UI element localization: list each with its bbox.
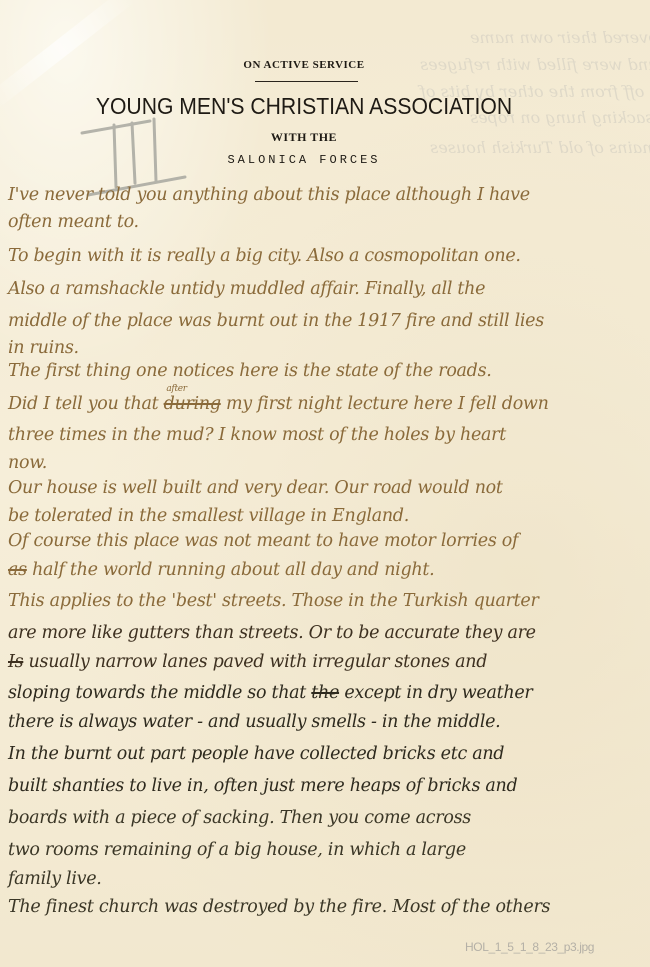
line-text-continued: except in dry weather — [339, 683, 532, 703]
letter-line: Did I tell you that duringafter my first… — [8, 394, 549, 414]
line-text: Also a ramshackle untidy muddled affair.… — [8, 279, 485, 299]
line-text: middle of the place was burnt out in the… — [8, 311, 544, 331]
letter-line: Also a ramshackle untidy muddled affair.… — [8, 279, 485, 299]
inserted-word: after — [166, 384, 186, 394]
line-text: To begin with it is really a big city. A… — [8, 246, 521, 266]
letter-line: In the burnt out part people have collec… — [8, 744, 504, 764]
line-text: This applies to the 'best' streets. Thos… — [8, 591, 539, 611]
letter-line: To begin with it is really a big city. A… — [8, 246, 521, 266]
line-text: boards with a piece of sacking. Then you… — [8, 808, 471, 828]
line-text: built shanties to live in, often just me… — [8, 776, 517, 796]
letter-line: in ruins. — [8, 338, 79, 358]
letter-line: Is usually narrow lanes paved with irreg… — [8, 652, 487, 672]
file-watermark: HOL_1_5_1_8_23_p3.jpg — [465, 940, 594, 954]
line-text: Did I tell you that — [8, 394, 158, 414]
line-text: The first thing one notices here is the … — [8, 361, 492, 381]
line-text-continued: my first night lecture here I fell down — [221, 394, 549, 414]
letter-line: The first thing one notices here is the … — [8, 361, 492, 381]
line-text: Of course this place was not meant to ha… — [8, 531, 518, 551]
letter-line: two rooms remaining of a big house, in w… — [8, 840, 466, 860]
letterhead-service: ON ACTIVE SERVICE — [0, 59, 608, 71]
letter-line: three times in the mud? I know most of t… — [8, 425, 506, 445]
line-text: three times in the mud? I know most of t… — [8, 425, 506, 445]
letter-line: are more like gutters than streets. Or t… — [8, 623, 536, 643]
line-text: I've never told you anything about this … — [8, 185, 530, 205]
line-text: in ruins. — [8, 338, 79, 358]
line-text: The finest church was destroyed by the f… — [8, 897, 550, 917]
letter-line: The finest church was destroyed by the f… — [8, 897, 550, 917]
letter-line: sloping towards the middle so that the e… — [8, 683, 532, 703]
line-text: be tolerated in the smallest village in … — [8, 506, 409, 526]
line-text: sloping towards the middle so that — [8, 683, 306, 703]
letterhead-rule — [255, 81, 358, 82]
struck-word: as — [8, 560, 27, 580]
line-text: usually narrow lanes paved with irregula… — [23, 652, 487, 672]
struck-word: the — [311, 683, 339, 703]
letter-line: as half the world running about all day … — [8, 560, 434, 580]
line-text: often meant to. — [8, 212, 139, 232]
struck-word: Is — [8, 652, 23, 672]
line-text: In the burnt out part people have collec… — [8, 744, 504, 764]
letter-line: there is always water - and usually smel… — [8, 712, 500, 732]
letter-line: This applies to the 'best' streets. Thos… — [8, 591, 539, 611]
line-text: family live. — [8, 869, 102, 889]
struck-word: during — [164, 394, 221, 414]
letter-page: have been mosques and have recovered the… — [0, 0, 650, 967]
line-text: now. — [8, 453, 47, 473]
line-text: two rooms remaining of a big house, in w… — [8, 840, 466, 860]
line-text: there is always water - and usually smel… — [8, 712, 500, 732]
line-text: are more like gutters than streets. Or t… — [8, 623, 536, 643]
bleed-line: have been mosques and have recovered the… — [470, 28, 650, 47]
letter-line: Our house is well built and very dear. O… — [8, 478, 503, 498]
letter-line: built shanties to live in, often just me… — [8, 776, 517, 796]
letter-line: I've never told you anything about this … — [8, 185, 530, 205]
line-text: Our house is well built and very dear. O… — [8, 478, 503, 498]
letter-line: often meant to. — [8, 212, 139, 232]
letter-line: family live. — [8, 869, 102, 889]
letter-line: boards with a piece of sacking. Then you… — [8, 808, 471, 828]
letter-line: be tolerated in the smallest village in … — [8, 506, 409, 526]
letter-line: Of course this place was not meant to ha… — [8, 531, 518, 551]
letter-line: now. — [8, 453, 47, 473]
letter-line: middle of the place was burnt out in the… — [8, 311, 544, 331]
line-text: half the world running about all day and… — [27, 560, 435, 580]
